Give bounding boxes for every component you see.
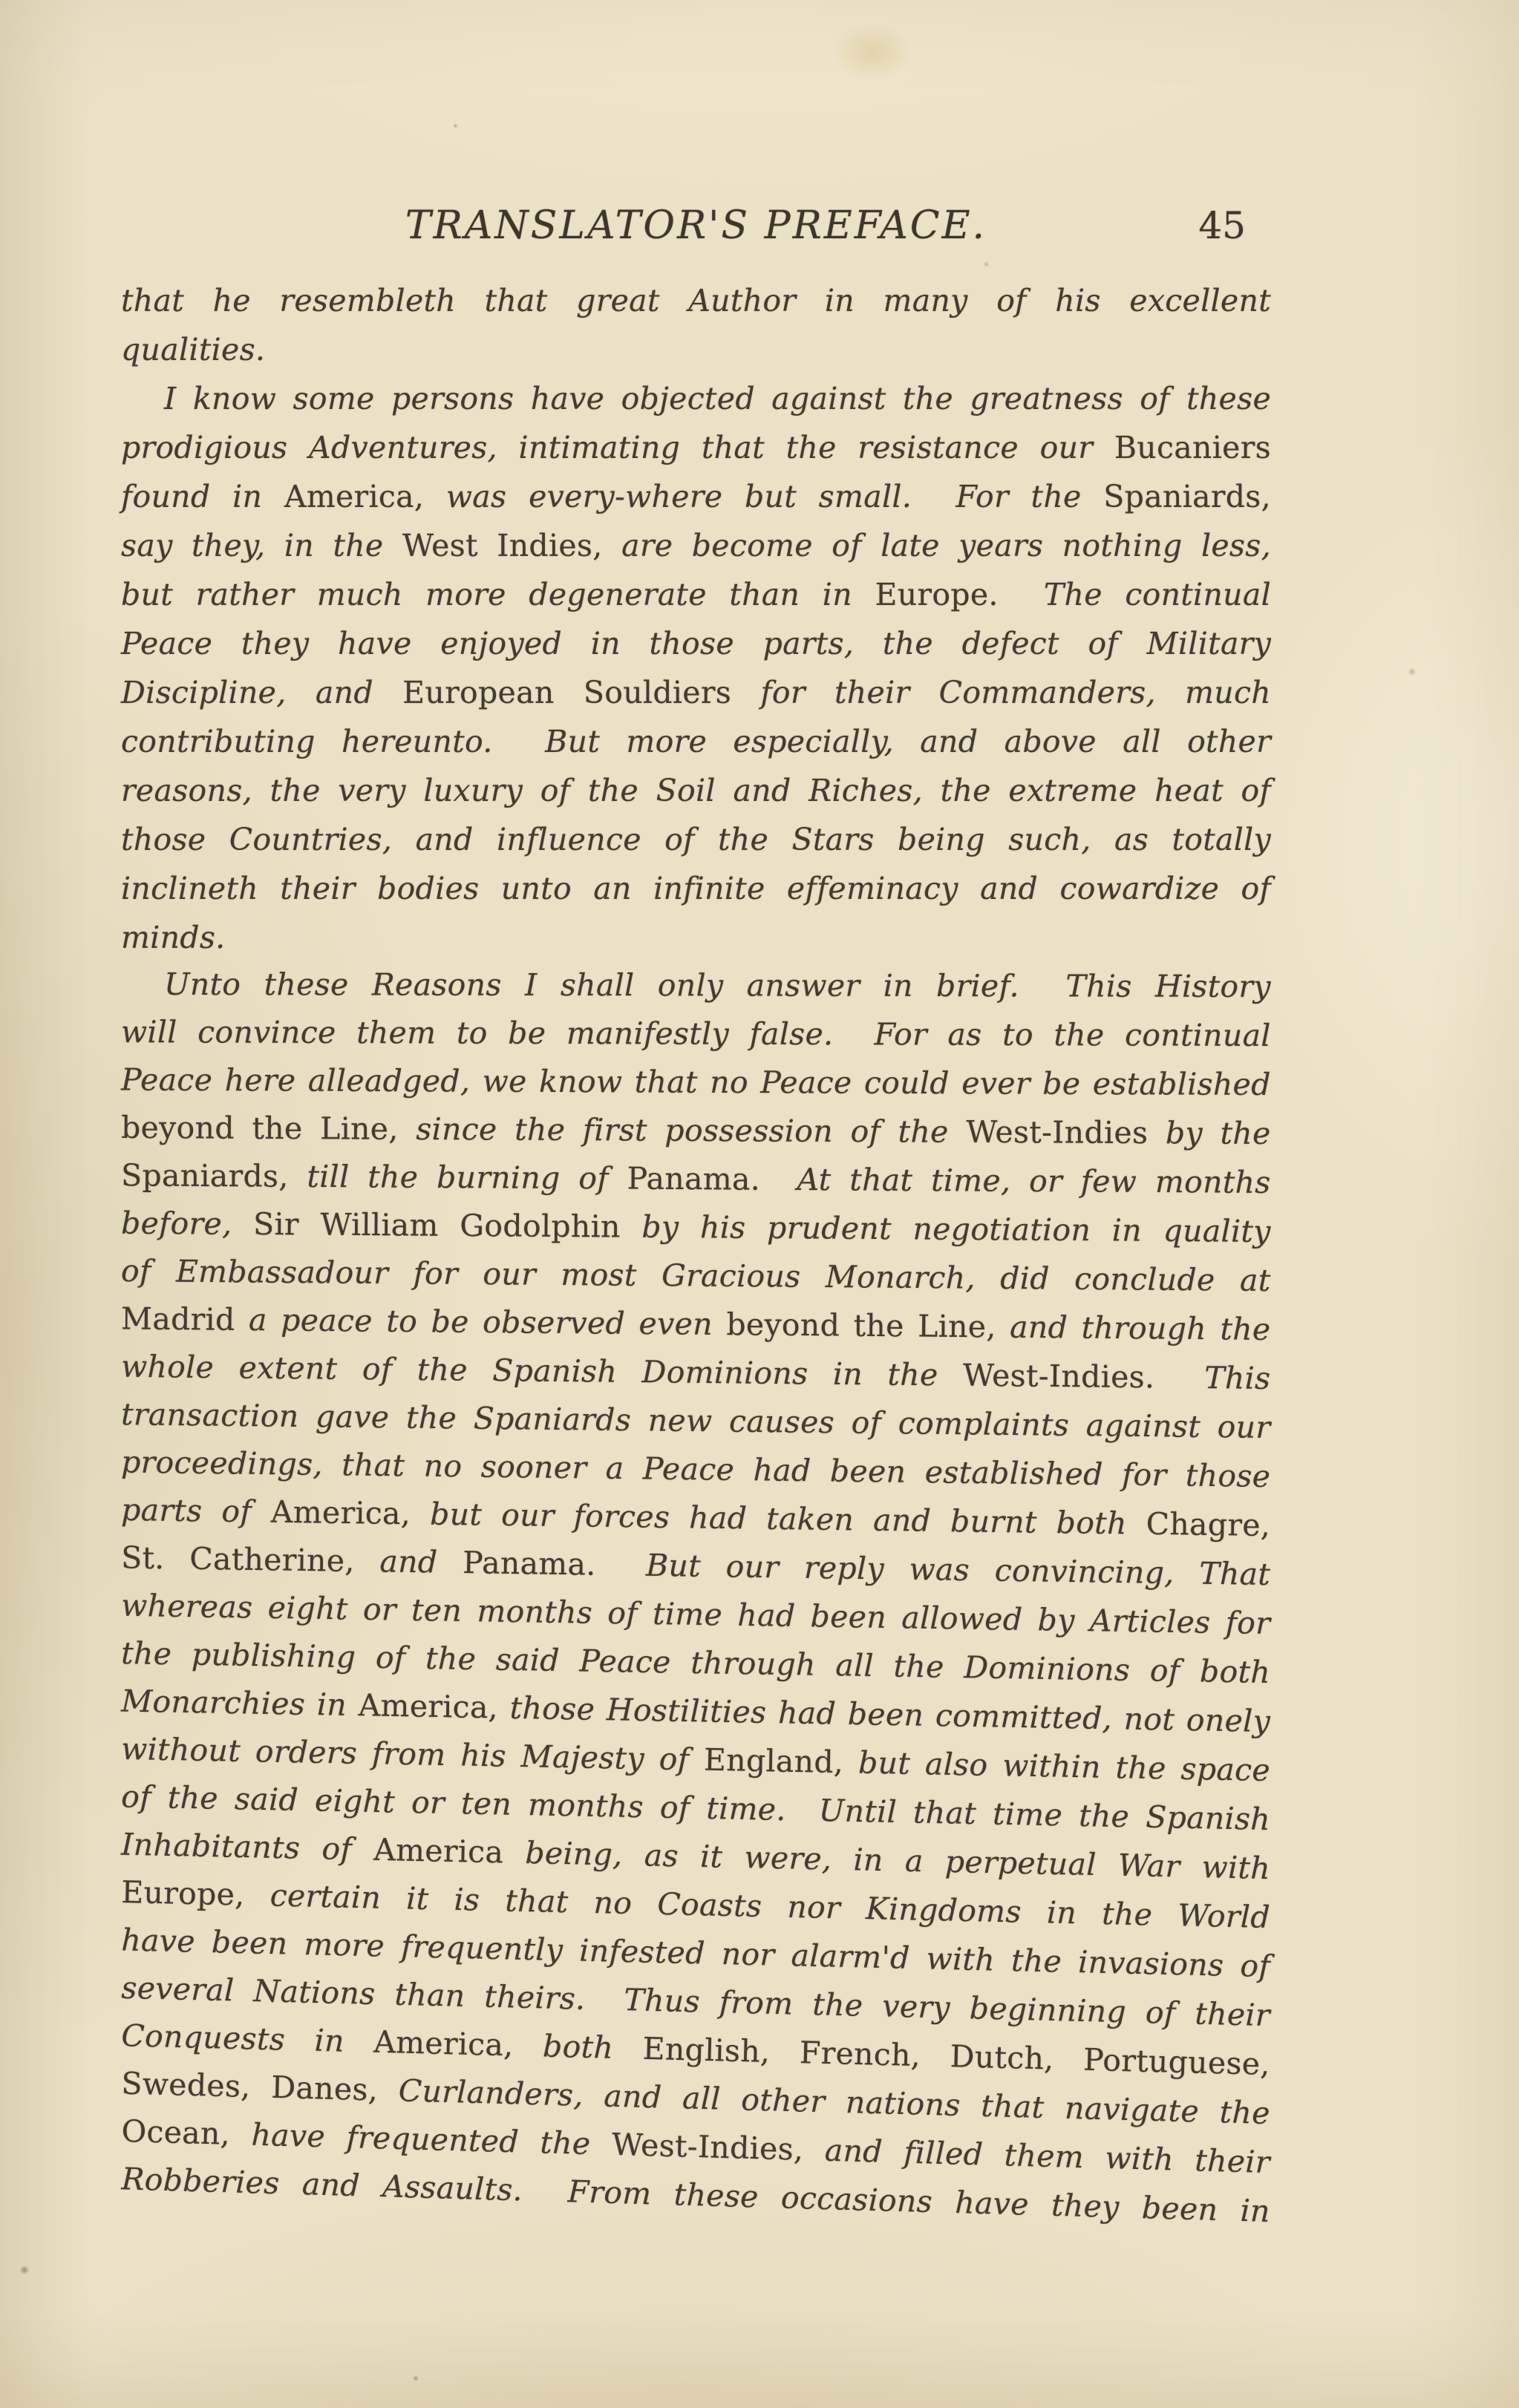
text-line-content: that he resembleth that great Author in … [121,276,1271,325]
page-title: TRANSLATOR'S PREFACE. [121,199,1271,252]
italic-text-segment: I know some persons have objected agains… [164,381,1271,416]
paper-speck [413,2375,419,2381]
text-line: those Countries, and influence of the St… [121,815,1271,864]
text-line: Discipline, and European Souldiers for t… [121,668,1271,717]
italic-text-segment: but rather much more degenerate than in [121,577,875,612]
text-line-content: beyond the Line, since the first possess… [121,1103,1271,1158]
text-line-content: Peace here alleadged, we know that no Pe… [121,1056,1271,1109]
italic-text-segment: Peace here alleadged, we know that no Pe… [121,1062,1271,1102]
text-line: say they, in the West Indies, are become… [121,521,1271,570]
text-line-content: minds. [121,913,226,962]
roman-text-segment: Spaniards, [121,1157,289,1194]
roman-text-segment: Europe, [121,1874,245,1913]
italic-text-segment: are become of late years nothing less, [603,528,1271,563]
paper-stain [832,22,913,82]
text-line: qualities. [121,325,1271,374]
text-line-content: found in America, was every-where but sm… [121,472,1271,521]
italic-text-segment: and through the [996,1309,1270,1347]
roman-text-segment: beyond the Line, [121,1110,399,1147]
page-number: 45 [1198,199,1246,252]
text-line-content: reasons, the very luxury of the Soil and… [121,766,1271,815]
roman-text-segment: America, [373,2024,514,2064]
text-line: will convince them to be manifestly fals… [121,1011,1271,1060]
text-line-content: will convince them to be manifestly fals… [121,1007,1271,1060]
roman-text-segment: Spaniards, [1103,479,1271,514]
text-line: that he resembleth that great Author in … [121,276,1271,325]
roman-text-segment: Sir William Godolphin [253,1206,621,1245]
roman-text-segment: Europe. [875,577,998,612]
running-head: TRANSLATOR'S PREFACE. 45 [121,199,1271,252]
text-line: beyond the Line, since the first possess… [121,1109,1271,1158]
roman-text-segment: Swedes, Danes, [121,2065,379,2107]
roman-text-segment: West Indies, [402,528,603,563]
italic-text-segment: by the [1148,1115,1271,1151]
italic-text-segment: This [1154,1359,1271,1396]
paper-speck [1408,668,1417,675]
roman-text-segment: America, [271,1494,411,1532]
italic-text-segment: The continual [999,577,1271,612]
italic-text-segment: contributing hereunto. But more especial… [121,724,1271,759]
italic-text-segment: that he resembleth that great Author in … [121,283,1271,318]
italic-text-segment: for their Commanders, much [731,675,1271,710]
italic-text-segment: reasons, the very luxury of the Soil and… [121,773,1271,808]
italic-text-segment: but our forces had taken and burnt both [411,1496,1146,1541]
italic-text-segment: parts of [121,1492,271,1530]
text-line-content: I know some persons have objected agains… [164,374,1271,423]
italic-text-segment: Discipline, and [121,675,402,710]
roman-text-segment: Panama. [463,1545,596,1583]
italic-text-segment: Conquests in [121,2018,374,2060]
text-line-content: inclineth their bodies unto an infinite … [121,864,1271,913]
italic-text-segment: those Hostilities had been committed, no… [498,1689,1271,1739]
text-line-content: contributing hereunto. But more especial… [121,717,1271,766]
italic-text-segment: inclineth their bodies unto an infinite … [121,871,1271,906]
italic-text-segment: say they, in the [121,528,402,563]
text-line-content: say they, in the West Indies, are become… [121,521,1271,570]
italic-text-segment: by his prudent negotiation in quality [621,1209,1271,1249]
roman-text-segment: America, [358,1687,498,1725]
italic-text-segment: minds. [121,920,226,955]
text-line-content: Peace they have enjoyed in those parts, … [121,619,1271,668]
italic-text-segment: since the first possession of the [399,1111,967,1150]
roman-text-segment: West-Indies, [611,2127,804,2167]
text-line: Peace they have enjoyed in those parts, … [121,619,1271,668]
italic-text-segment: But our reply was convincing, That [595,1547,1270,1592]
italic-text-segment: will convince them to be manifestly fals… [121,1014,1271,1053]
italic-text-segment: Peace they have enjoyed in those parts, … [121,626,1271,661]
italic-text-segment: Monarchies in [121,1683,359,1723]
italic-text-segment: qualities. [121,332,265,367]
scanned-book-page: TRANSLATOR'S PREFACE. 45 that he resembl… [0,0,1519,2408]
roman-text-segment: St. Catherine, [121,1540,355,1579]
text-line-content: Unto these Reasons I shall only answer i… [164,960,1271,1011]
roman-text-segment: America, [284,479,424,514]
roman-text-segment: England, [704,1742,844,1781]
roman-text-segment: European Souldiers [402,675,731,710]
italic-text-segment: without orders from his Majesty of [121,1731,705,1778]
italic-text-segment: Unto these Reasons I shall only answer i… [164,966,1271,1004]
text-line: found in America, was every-where but sm… [121,472,1271,521]
italic-text-segment: have frequented the [229,2116,612,2162]
text-line: reasons, the very luxury of the Soil and… [121,766,1271,815]
text-line: minds. [121,913,1271,962]
roman-text-segment: West-Indies. [963,1358,1155,1396]
roman-text-segment: Chagre, [1146,1506,1270,1543]
italic-text-segment: till the burning of [289,1159,627,1197]
italic-text-segment: transaction gave the Spaniards new cause… [121,1396,1271,1445]
italic-text-segment: and [354,1543,463,1580]
italic-text-segment: and filled them with their [803,2132,1271,2180]
italic-text-segment: a peace to be observed even [235,1302,726,1342]
text-line-content: those Countries, and influence of the St… [121,815,1271,864]
roman-text-segment: Madrid [121,1300,235,1337]
italic-text-segment: those Countries, and influence of the St… [121,822,1271,857]
text-line: contributing hereunto. But more especial… [121,717,1271,766]
text-line: prodigious Adventures, intimating that t… [121,423,1271,472]
italic-text-segment: Inhabitants of [121,1827,374,1868]
text-line-content: but rather much more degenerate than in … [121,570,1271,619]
text-line: Unto these Reasons I shall only answer i… [121,962,1271,1011]
paper-speck [453,123,458,128]
roman-text-segment: Panama. [627,1161,760,1197]
text-block: that he resembleth that great Author in … [121,276,1271,2236]
italic-text-segment: whole extent of the Spanish Dominions in… [121,1349,963,1393]
paper-speck [19,2265,30,2274]
text-line: but rather much more degenerate than in … [121,570,1271,619]
roman-text-segment: West-Indies [966,1114,1148,1151]
roman-text-segment: America [373,1832,504,1871]
roman-text-segment: beyond the Line, [726,1306,996,1344]
text-line-content: prodigious Adventures, intimating that t… [121,423,1271,472]
italic-text-segment: of Embassadour for our most Gracious Mon… [121,1253,1271,1298]
text-line-content: Discipline, and European Souldiers for t… [121,668,1271,717]
italic-text-segment: was every-where but small. For the [424,479,1103,514]
text-line: I know some persons have objected agains… [121,374,1271,423]
text-line: Peace here alleadged, we know that no Pe… [121,1060,1271,1109]
text-line-content: Spaniards, till the burning of Panama. A… [121,1151,1271,1207]
italic-text-segment: proceedings, that no sooner a Peace had … [121,1445,1271,1494]
roman-text-segment: Ocean, [121,2113,231,2152]
italic-text-segment: found in [121,479,284,514]
text-line: inclineth their bodies unto an infinite … [121,864,1271,913]
text-line-content: qualities. [121,325,265,374]
italic-text-segment: before, [121,1205,253,1242]
italic-text-segment: prodigious Adventures, intimating that t… [121,430,1114,465]
italic-text-segment: but also within the space [843,1744,1271,1788]
italic-text-segment: both [513,2027,643,2066]
roman-text-segment: Bucaniers [1114,430,1271,465]
paper-speck [983,261,990,267]
text-line: Robberies and Assaults. From these occas… [121,2187,1271,2236]
italic-text-segment: At that time, or few months [760,1162,1271,1200]
